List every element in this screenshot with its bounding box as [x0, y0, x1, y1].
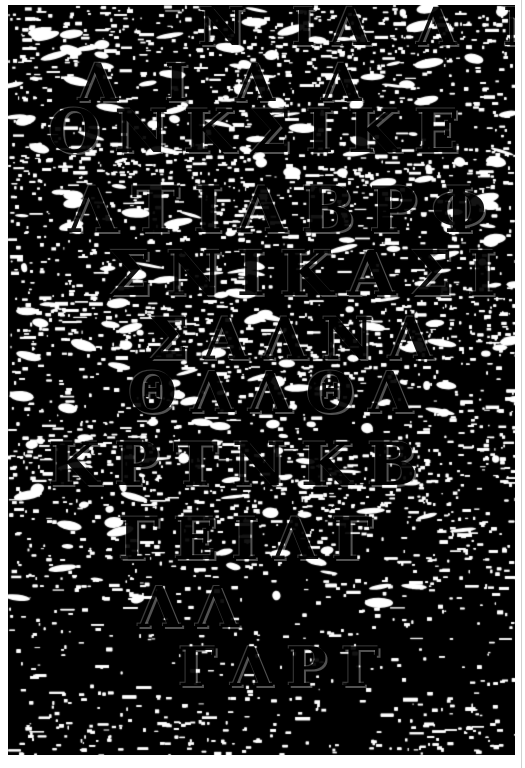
- inscription-rows: Ν ΙΛ Λ Ν Λ Ι Λ Λ ΟΝΚΣΙΚΕ ΛΤΙΛΒΡΦ ΣΝΙΚΑΣΙ…: [8, 5, 515, 755]
- inscription-row: ΛΛ: [138, 575, 515, 641]
- inscription-row: ΚΡΤΝΚΒ: [48, 430, 515, 500]
- inscription-row: ΓΛΡΓ: [178, 635, 515, 699]
- inscription-row: ΣΝΙΚΑΣΙ: [108, 237, 515, 310]
- page-edge-rule: [521, 0, 522, 768]
- inscription-row: ΓΕΙΛΓ: [118, 505, 515, 573]
- inscription-photo: Ν ΙΛ Λ Ν Λ Ι Λ Λ ΟΝΚΣΙΚΕ ΛΤΙΛΒΡΦ ΣΝΙΚΑΣΙ…: [8, 5, 515, 755]
- inscription-row: ΘΛΛΘΛ: [128, 360, 515, 426]
- inscription-row: Ν ΙΛ Λ Ν: [198, 5, 515, 58]
- inscription-row: ΟΝΚΣΙΚΕ: [48, 97, 515, 167]
